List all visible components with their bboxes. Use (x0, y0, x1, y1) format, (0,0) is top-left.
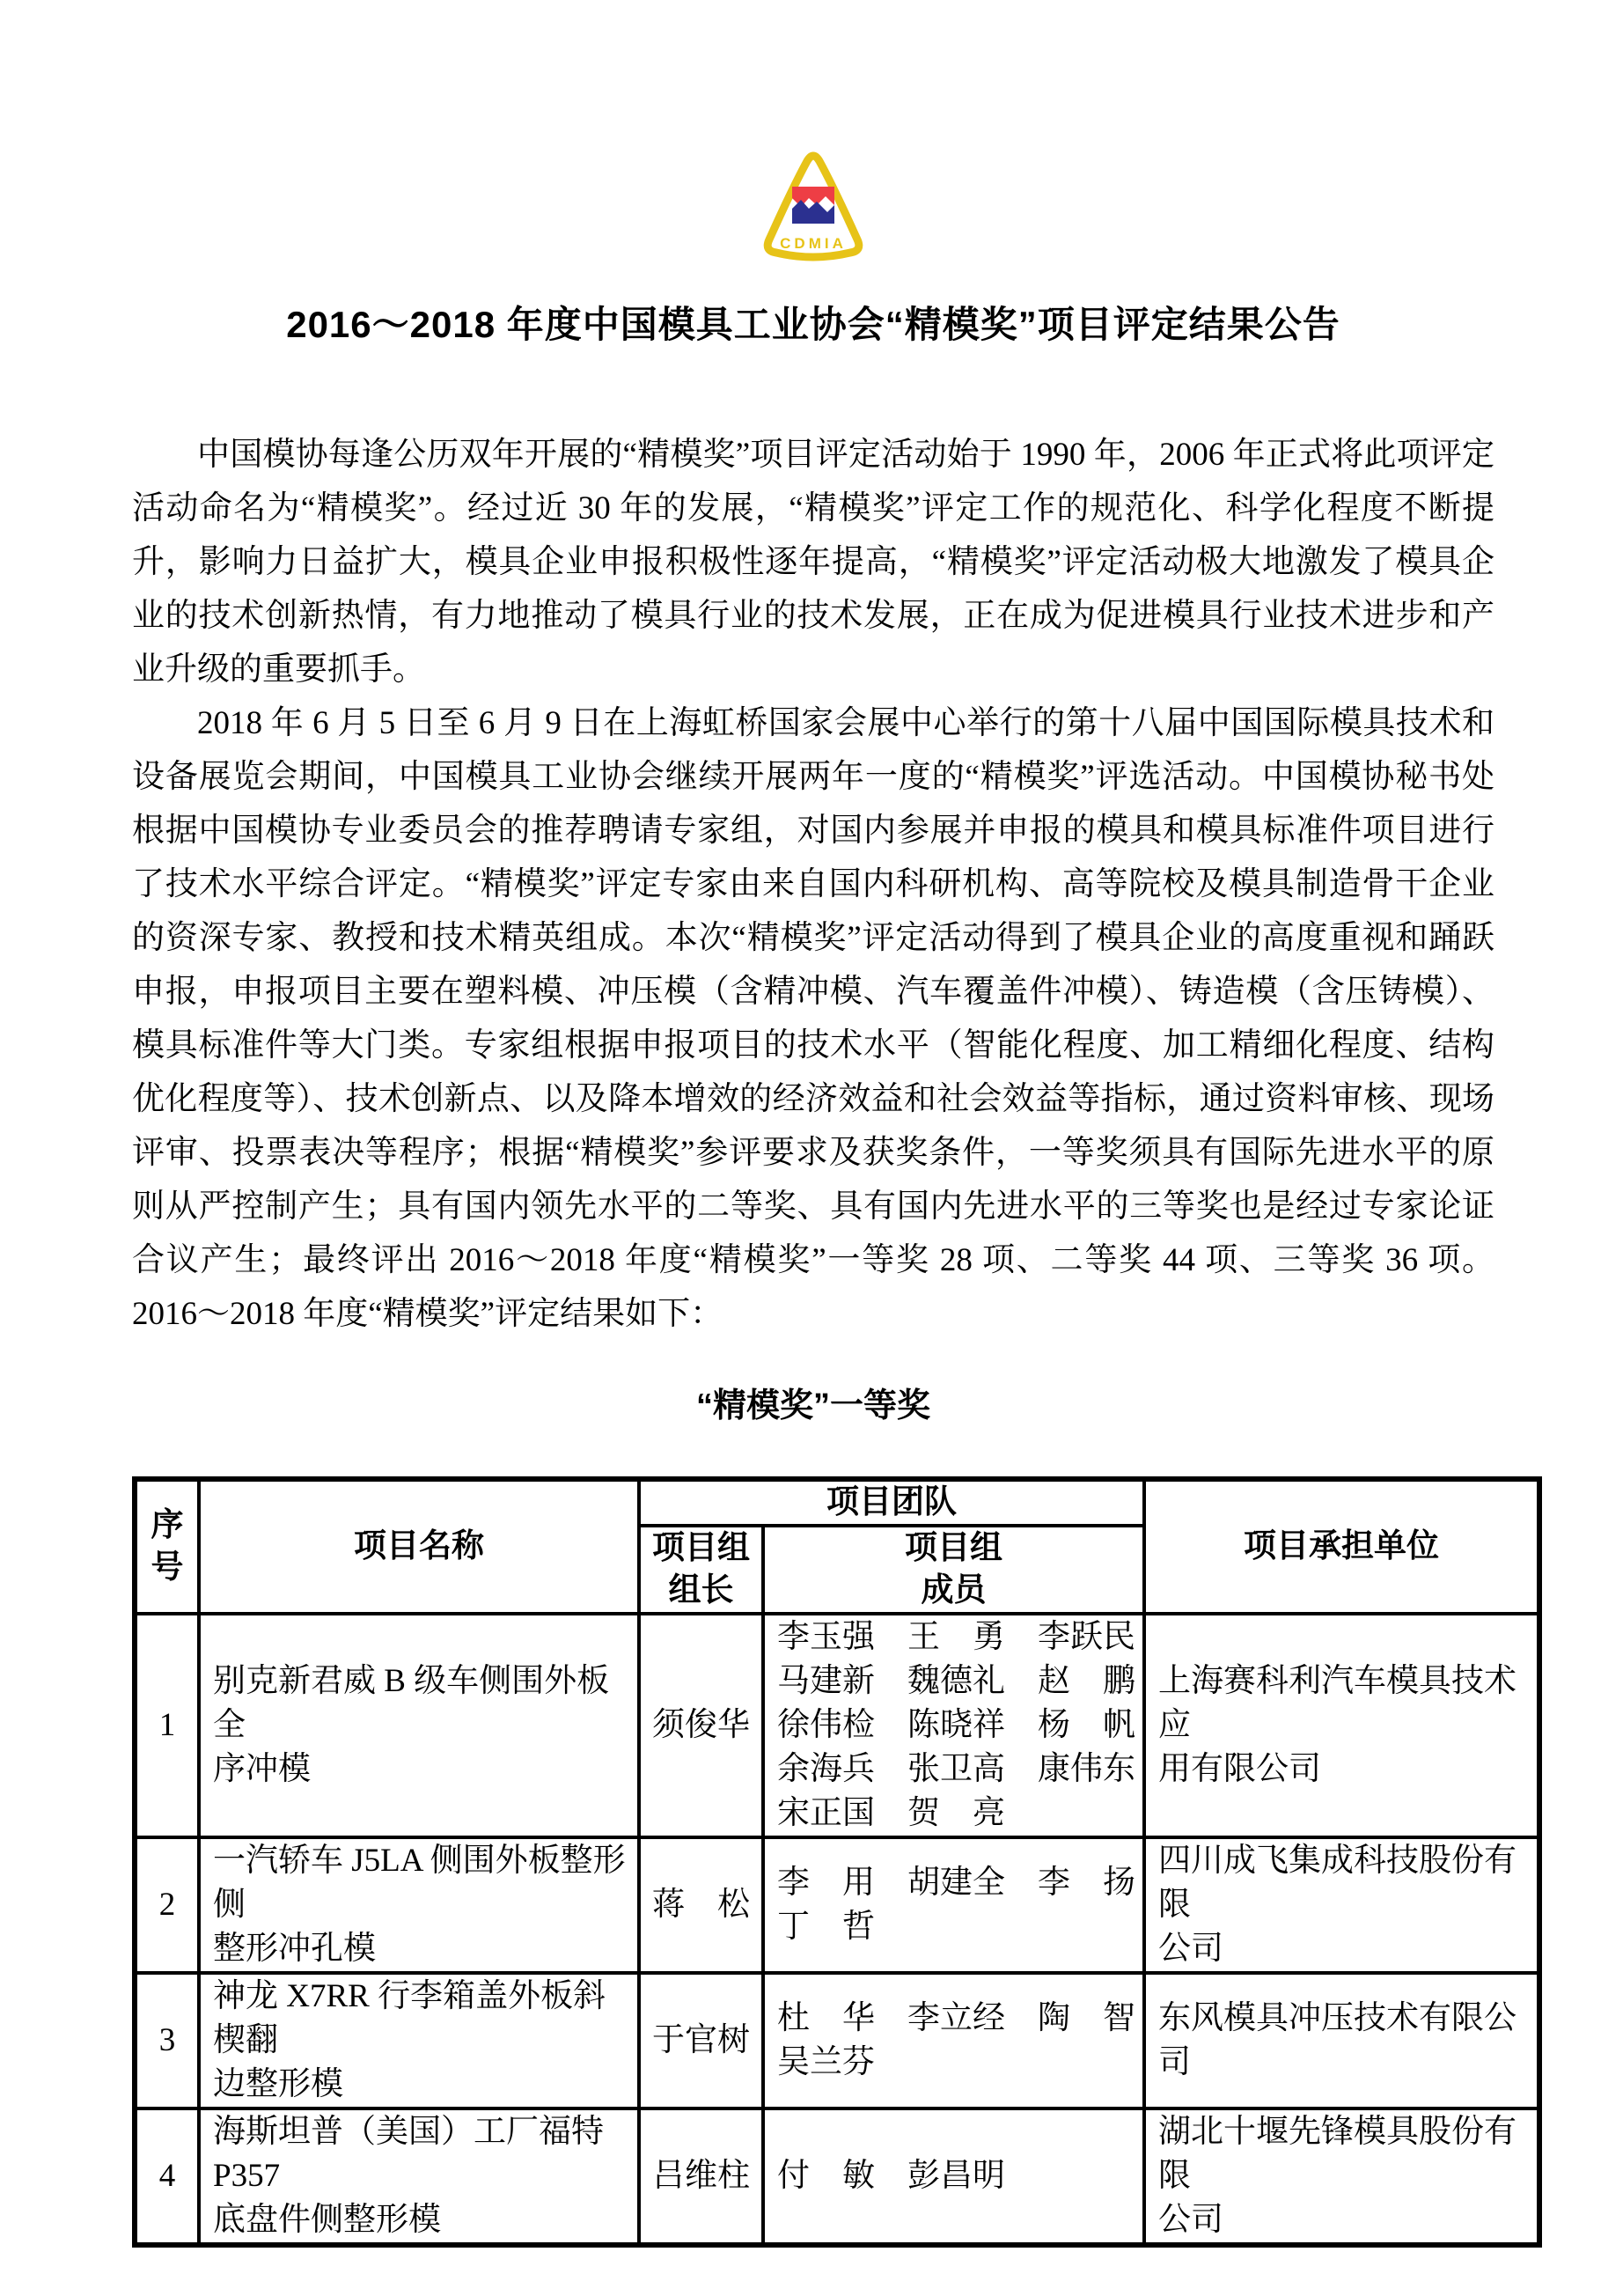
cell-leader: 蒋 松 (639, 1837, 763, 1973)
cell-index: 4 (135, 2108, 199, 2245)
cell-project-name: 神龙 X7RR 行李箱盖外板斜楔翻 边整形模 (199, 1973, 639, 2108)
col-header-project: 项目名称 (199, 1479, 639, 1614)
cell-members: 付 敏 彭昌明 (763, 2108, 1144, 2245)
cell-project-name: 一汽轿车 J5LA 侧围外板整形侧 整形冲孔模 (199, 1837, 639, 1973)
cell-leader: 吕维柱 (639, 2108, 763, 2245)
cell-leader: 须俊华 (639, 1614, 763, 1837)
col-header-leader: 项目组 组长 (639, 1526, 763, 1614)
cell-company: 上海赛科利汽车模具技术应 用有限公司 (1144, 1614, 1539, 1837)
cell-project-name: 别克新君威 B 级车侧围外板全 序冲模 (199, 1614, 639, 1837)
cell-company: 湖北十堰先锋模具股份有限 公司 (1144, 2108, 1539, 2245)
cell-company: 东风模具冲压技术有限公司 (1144, 1973, 1539, 2108)
logo-text-cdmia: CDMIA (780, 235, 847, 252)
cell-project-name: 海斯坦普（美国）工厂福特 P357 底盘件侧整形模 (199, 2108, 639, 2245)
award-table-body: 1 别克新君威 B 级车侧围外板全 序冲模 须俊华 李玉强 王 勇 李跃民 马建… (135, 1614, 1539, 2245)
award-table-header: 序 号 项目名称 项目团队 项目承担单位 项目组 组长 项目组 成员 (135, 1479, 1539, 1614)
cell-index: 3 (135, 1973, 199, 2108)
cell-company: 四川成飞集成科技股份有限 公司 (1144, 1837, 1539, 1973)
col-header-index: 序 号 (135, 1479, 199, 1614)
table-row: 3 神龙 X7RR 行李箱盖外板斜楔翻 边整形模 于官树 杜 华 李立经 陶 智… (135, 1973, 1539, 2108)
cell-members: 李玉强 王 勇 李跃民 马建新 魏德礼 赵 鹏 徐伟检 陈晓祥 杨 帆 余海兵 … (763, 1614, 1144, 1837)
body-paragraph-2: 2018 年 6 月 5 日至 6 月 9 日在上海虹桥国家会展中心举行的第十八… (132, 696, 1494, 1341)
col-header-company: 项目承担单位 (1144, 1479, 1539, 1614)
cell-index: 2 (135, 1837, 199, 1973)
cell-members: 杜 华 李立经 陶 智 吴兰芬 (763, 1973, 1144, 2108)
cdmia-logo-icon: CDMIA (760, 150, 866, 278)
table-row: 4 海斯坦普（美国）工厂福特 P357 底盘件侧整形模 吕维柱 付 敏 彭昌明 … (135, 2108, 1539, 2245)
section-heading-first-prize: “精模奖”一等奖 (132, 1385, 1494, 1427)
cell-index: 1 (135, 1614, 199, 1837)
cdmia-logo: CDMIA (760, 150, 866, 278)
col-header-team: 项目团队 (639, 1479, 1144, 1526)
award-table: 序 号 项目名称 项目团队 项目承担单位 项目组 组长 项目组 成员 1 别克新… (132, 1476, 1542, 2248)
document-page: CDMIA 2016～2018 年度中国模具工业协会“精模奖”项目评定结果公告 … (0, 0, 1623, 2296)
page-title: 2016～2018 年度中国模具工业协会“精模奖”项目评定结果公告 (132, 299, 1494, 350)
cell-leader: 于官树 (639, 1973, 763, 2108)
col-header-members: 项目组 成员 (763, 1526, 1144, 1614)
table-row: 2 一汽轿车 J5LA 侧围外板整形侧 整形冲孔模 蒋 松 李 用 胡建全 李 … (135, 1837, 1539, 1973)
cell-members: 李 用 胡建全 李 扬 丁 哲 (763, 1837, 1144, 1973)
header-row-top: 序 号 项目名称 项目团队 项目承担单位 (135, 1479, 1539, 1526)
table-row: 1 别克新君威 B 级车侧围外板全 序冲模 须俊华 李玉强 王 勇 李跃民 马建… (135, 1614, 1539, 1837)
body-paragraph-1: 中国模协每逢公历双年开展的“精模奖”项目评定活动始于 1990 年，2006 年… (132, 428, 1494, 696)
